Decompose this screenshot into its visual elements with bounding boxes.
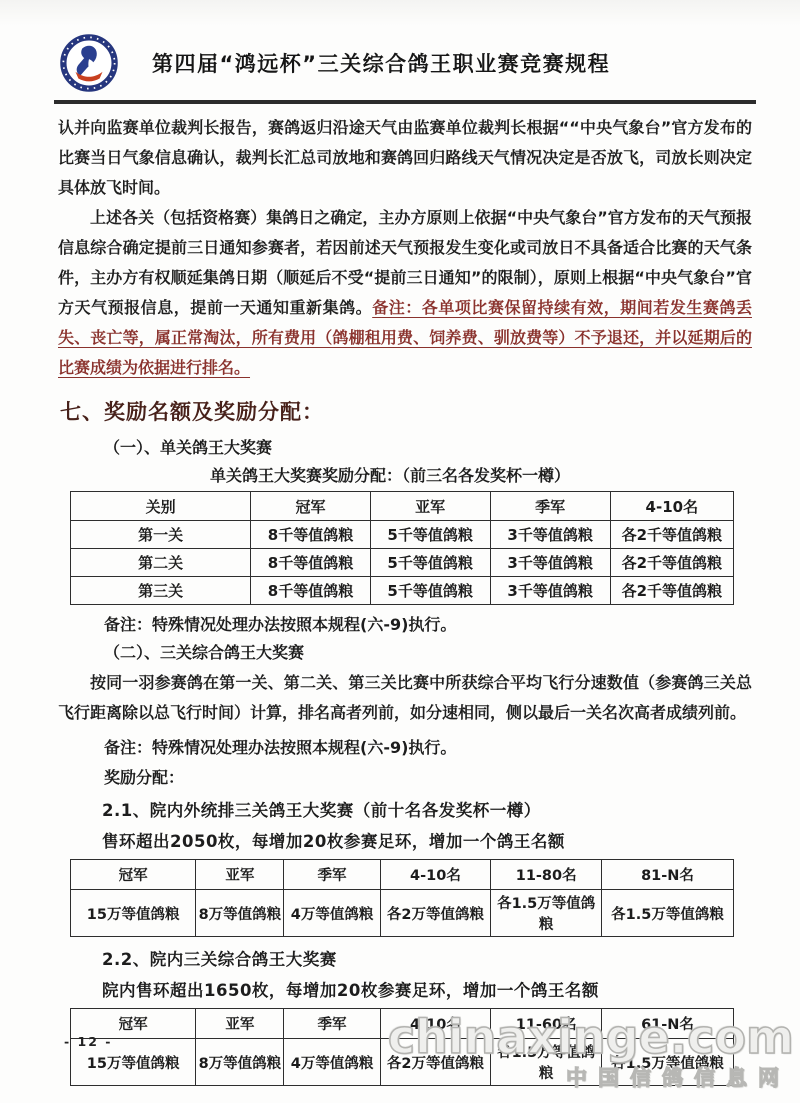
table-header-cell: 冠军 [71, 860, 196, 890]
table-header-cell: 亚军 [370, 492, 490, 521]
table-cell: 4万等值鸽粮 [284, 890, 380, 937]
table1-caption: 单关鸽王大奖赛奖励分配：（前三名各发奖杯一樽） [58, 463, 722, 486]
watermark-chinese-name: 中国信鸽信息网 [388, 1068, 794, 1089]
special-case-note-2: 备注：特殊情况处理办法按照本规程(六-9)执行。 [104, 735, 752, 758]
section-2-2-quota-rule: 院内售环超出1650枚，每增加20枚参赛足环，增加一个鸽王名额 [102, 977, 752, 1001]
table-cell: 15万等值鸽粮 [71, 890, 196, 937]
single-pass-award-table: 关别 冠军 亚军 季军 4-10名 第一关 8千等值鸽粮 5千等值鸽粮 3千等值… [70, 491, 734, 605]
table-cell: 各2千等值鸽粮 [610, 577, 733, 605]
paragraph-gathering-date: 上述各关（包括资格赛）集鸽日之确定，主办方原则上依据“中央气象台”官方发布的天气… [58, 203, 752, 383]
table-cell: 5千等值鸽粮 [370, 549, 490, 577]
table-cell: 5千等值鸽粮 [370, 521, 490, 549]
document-body: 认并向监赛单位裁判长报告，赛鸽返归沿途天气由监赛单位裁判长根据““中央气象台”官… [0, 104, 800, 1086]
page-title: 第四届“鸿远杯”三关综合鸽王职业赛竞赛规程 [152, 48, 610, 78]
table-header-row: 关别 冠军 亚军 季军 4-10名 [71, 492, 734, 521]
table-cell: 4万等值鸽粮 [284, 1039, 380, 1086]
table-row: 第三关 8千等值鸽粮 5千等值鸽粮 3千等值鸽粮 各2千等值鸽粮 [71, 577, 734, 605]
table-cell: 各1.5万等值鸽粮 [491, 890, 602, 937]
table-header-cell: 亚军 [196, 860, 284, 890]
table-header-cell: 4-10名 [610, 492, 733, 521]
table-cell: 5千等值鸽粮 [370, 577, 490, 605]
document-header: 第四届“鸿远杯”三关综合鸽王职业赛竞赛规程 [0, 0, 800, 98]
table-cell: 第一关 [71, 521, 251, 549]
overall-three-pass-award-table: 冠军 亚军 季军 4-10名 11-80名 81-N名 15万等值鸽粮 8万等值… [70, 859, 734, 937]
special-case-note-1: 备注：特殊情况处理办法按照本规程(六-9)执行。 [104, 612, 752, 635]
table-cell: 第三关 [71, 577, 251, 605]
table-cell: 各2千等值鸽粮 [610, 521, 733, 549]
award-distribution-label: 奖励分配： [104, 765, 752, 788]
subsection-1-heading: （一）、单关鸽王大奖赛 [104, 435, 752, 458]
table-row: 第二关 8千等值鸽粮 5千等值鸽粮 3千等值鸽粮 各2千等值鸽粮 [71, 549, 734, 577]
table-header-cell: 81-N名 [602, 860, 734, 890]
table-header-row: 冠军 亚军 季军 4-10名 11-80名 81-N名 [71, 860, 734, 890]
paragraph-weather-confirmation: 认并向监赛单位裁判长报告，赛鸽返归沿途天气由监赛单位裁判长根据““中央气象台”官… [58, 113, 752, 203]
table-cell: 8千等值鸽粮 [251, 521, 370, 549]
table-cell: 各2千等值鸽粮 [610, 549, 733, 577]
table-cell: 8千等值鸽粮 [251, 577, 370, 605]
document-page: 第四届“鸿远杯”三关综合鸽王职业赛竞赛规程 认并向监赛单位裁判长报告，赛鸽返归沿… [0, 0, 800, 1103]
table-cell: 各1.5万等值鸽粮 [602, 890, 734, 937]
table-header-cell: 关别 [71, 492, 251, 521]
section-7-heading: 七、奖励名额及奖励分配： [60, 396, 752, 426]
table-header-cell: 亚军 [196, 1009, 284, 1039]
table-header-cell: 冠军 [251, 492, 370, 521]
section-2-2-heading: 2.2、院内三关综合鸽王大奖赛 [102, 946, 752, 970]
table-cell: 第二关 [71, 549, 251, 577]
table-cell: 8万等值鸽粮 [196, 890, 284, 937]
paragraph-ranking-rule: 按同一羽参赛鸽在第一关、第二关、第三关比赛中所获综合平均飞行分速数值（参赛鸽三关… [58, 668, 752, 728]
table-cell: 8万等值鸽粮 [196, 1039, 284, 1086]
watermark: chinaxinge.com 中国信鸽信息网 [388, 1014, 794, 1089]
section-2-1-quota-rule: 售环超出2050枚，每增加20枚参赛足环，增加一个鸽王名额 [102, 828, 752, 852]
section-2-1-heading: 2.1、院内外统排三关鸽王大奖赛（前十名各发奖杯一樽） [102, 797, 752, 821]
subsection-2-heading: （二）、三关综合鸽王大奖赛 [104, 640, 752, 663]
pigeon-club-logo-icon [60, 34, 118, 92]
table-cell: 3千等值鸽粮 [490, 521, 610, 549]
table-header-cell: 季军 [490, 492, 610, 521]
table-cell: 8千等值鸽粮 [251, 549, 370, 577]
table-cell: 3千等值鸽粮 [490, 577, 610, 605]
page-number: - 12 - [64, 1034, 112, 1049]
table-header-cell: 季军 [284, 860, 380, 890]
table-header-cell: 11-80名 [491, 860, 602, 890]
table-header-cell: 4-10名 [380, 860, 491, 890]
table-row: 15万等值鸽粮 8万等值鸽粮 4万等值鸽粮 各2万等值鸽粮 各1.5万等值鸽粮 … [71, 890, 734, 937]
table-cell: 3千等值鸽粮 [490, 549, 610, 577]
table-row: 第一关 8千等值鸽粮 5千等值鸽粮 3千等值鸽粮 各2千等值鸽粮 [71, 521, 734, 549]
table-cell: 各2万等值鸽粮 [380, 890, 491, 937]
table-header-cell: 季军 [284, 1009, 380, 1039]
watermark-site-name: chinaxinge.com [388, 1014, 794, 1060]
